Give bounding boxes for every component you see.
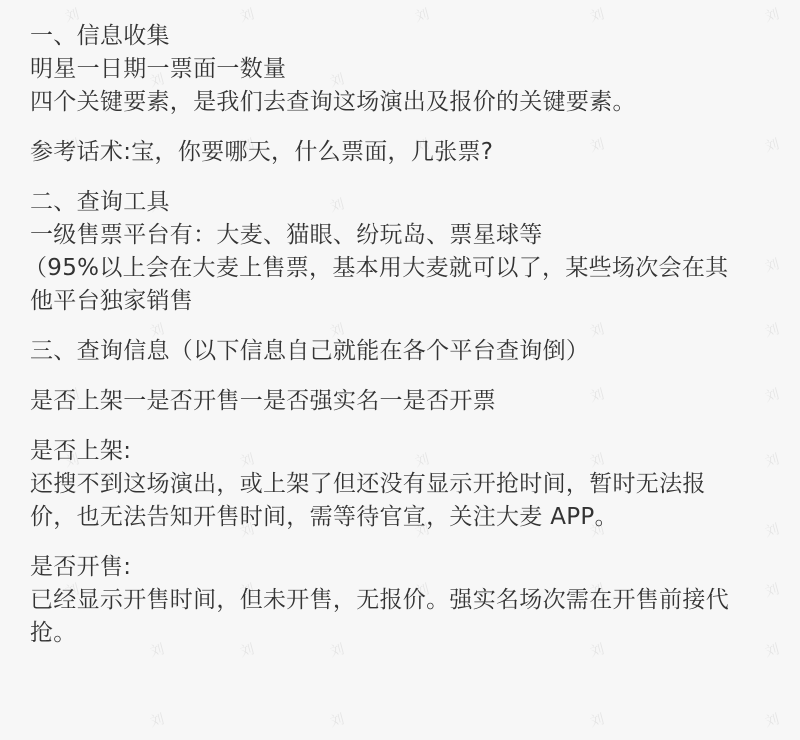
reference-script: 参考话术:宝，你要哪天，什么票面，几张票?: [30, 136, 770, 169]
section3-heading: 三、查询信息（以下信息自己就能在各个平台查询倒）: [30, 335, 770, 368]
listed-desc-line1: 还搜不到这场演出，或上架了但还没有显示开抢时间，暂时无法报: [30, 468, 770, 501]
watermark-glyph: 刘: [328, 709, 347, 732]
listed-desc-line2: 价，也无法告知开售时间，需等待官宣，关注大麦 APP。: [30, 501, 770, 534]
listed-title: 是否上架:: [30, 435, 770, 468]
key-elements-description: 四个关键要素，是我们去查询这场演出及报价的关键要素。: [30, 86, 770, 119]
section2-heading: 二、查询工具: [30, 186, 770, 219]
platforms-note-line2: 他平台独家销售: [30, 285, 770, 318]
platforms-note-line1: （95%以上会在大麦上售票，基本用大麦就可以了，某些场次会在其: [24, 252, 770, 285]
watermark-glyph: 刘: [763, 709, 782, 732]
query-flow: 是否上架一是否开售一是否强实名一是否开票: [30, 385, 770, 418]
document-body: 一、信息收集 明星一日期一票面一数量 四个关键要素，是我们去查询这场演出及报价的…: [0, 0, 770, 650]
watermark-glyph: 刘: [148, 709, 167, 732]
on-sale-title: 是否开售:: [30, 551, 770, 584]
watermark-glyph: 刘: [588, 709, 607, 732]
platforms-line: 一级售票平台有：大麦、猫眼、纷玩岛、票星球等: [30, 219, 770, 252]
section1-heading: 一、信息收集: [30, 20, 770, 53]
on-sale-desc-line1: 已经显示开售时间，但未开售，无报价。强实名场次需在开售前接代: [30, 584, 770, 617]
on-sale-desc-line2: 抢。: [30, 617, 770, 650]
key-elements-line: 明星一日期一票面一数量: [30, 53, 770, 86]
